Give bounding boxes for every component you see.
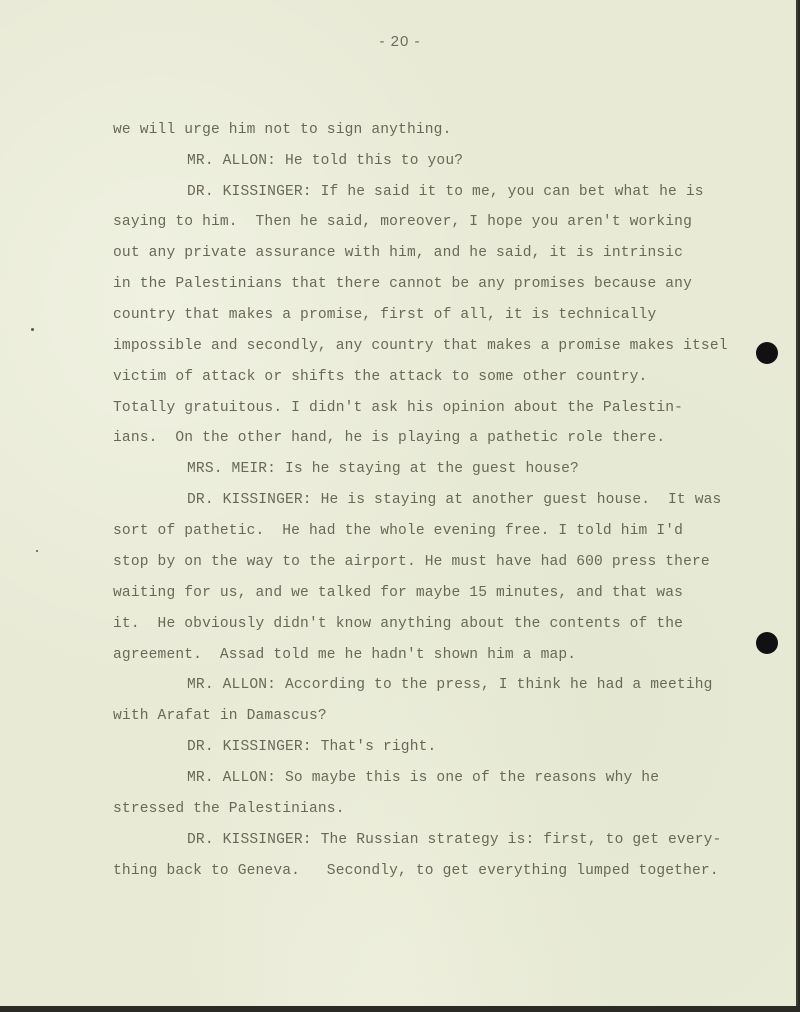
text-line: sort of pathetic. He had the whole eveni… [113, 522, 683, 540]
text-line: we will urge him not to sign anything. [113, 121, 452, 139]
text-line: saying to him. Then he said, moreover, I… [113, 213, 692, 231]
text-line: out any private assurance with him, and … [113, 244, 683, 262]
text-line: thing back to Geneva. Secondly, to get e… [113, 862, 719, 880]
text-line: waiting for us, and we talked for maybe … [113, 584, 683, 602]
text-line: impossible and secondly, any country tha… [113, 337, 728, 355]
text-line: MRS. MEIR: Is he staying at the guest ho… [187, 460, 579, 478]
text-line: it. He obviously didn't know anything ab… [113, 615, 683, 633]
text-line: MR. ALLON: According to the press, I thi… [187, 676, 713, 694]
punch-hole-mark [756, 632, 778, 654]
document-page: - 20 - we will urge him not to sign anyt… [0, 0, 798, 1006]
page-bottom-edge [0, 1006, 800, 1012]
text-line: in the Palestinians that there cannot be… [113, 275, 692, 293]
paper-speck [31, 328, 34, 331]
paper-speck [36, 550, 38, 552]
text-line: DR. KISSINGER: That's right. [187, 738, 436, 756]
text-line: victim of attack or shifts the attack to… [113, 368, 647, 386]
text-line: with Arafat in Damascus? [113, 707, 327, 725]
text-line: stressed the Palestinians. [113, 800, 345, 818]
text-line: MR. ALLON: So maybe this is one of the r… [187, 769, 659, 787]
text-line: MR. ALLON: He told this to you? [187, 152, 463, 170]
text-line: ians. On the other hand, he is playing a… [113, 429, 665, 447]
text-line: DR. KISSINGER: He is staying at another … [187, 491, 721, 509]
punch-hole-mark [756, 342, 778, 364]
text-line: stop by on the way to the airport. He mu… [113, 553, 710, 571]
text-line: DR. KISSINGER: The Russian strategy is: … [187, 831, 721, 849]
text-line: Totally gratuitous. I didn't ask his opi… [113, 399, 683, 417]
text-line: country that makes a promise, first of a… [113, 306, 656, 324]
text-line: agreement. Assad told me he hadn't shown… [113, 646, 576, 664]
page-number: - 20 - [0, 33, 800, 50]
text-line: DR. KISSINGER: If he said it to me, you … [187, 183, 704, 201]
